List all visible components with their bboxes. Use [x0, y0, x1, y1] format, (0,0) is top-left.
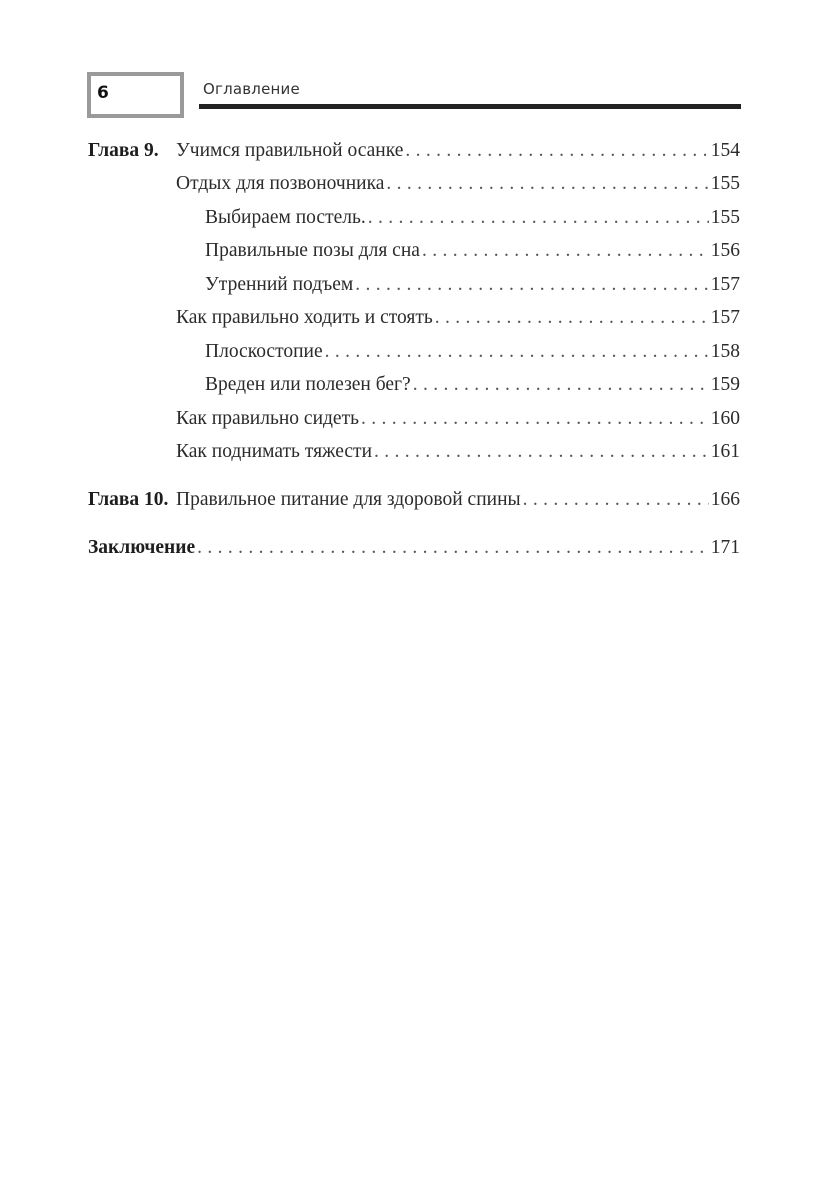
dot-leader [197, 536, 709, 560]
entry-title: Утренний подъем [205, 273, 353, 297]
entry-page: 157 [711, 273, 740, 297]
entry-title: Правильное питание для здоровой спины [176, 488, 521, 512]
entry-title: Как поднимать тяжести [176, 440, 372, 464]
entry-title: Плоскостопие [205, 340, 323, 364]
entry-title: Как правильно ходить и стоять [176, 306, 433, 330]
toc-entry[interactable]: Выбираем постель. 155 [88, 206, 740, 230]
entry-page: 171 [711, 536, 740, 560]
dot-leader [368, 206, 709, 230]
toc-entry-conclusion[interactable]: Заключение 171 [88, 536, 740, 560]
entry-title: Учимся правильной осанке [176, 139, 403, 163]
entry-page: 159 [711, 373, 740, 397]
running-head: Оглавление [203, 80, 300, 98]
entry-title: Как правильно сидеть [176, 407, 359, 431]
dot-leader [355, 273, 709, 297]
toc-entry[interactable]: Утренний подъем 157 [88, 273, 740, 297]
dot-leader [405, 139, 708, 163]
dot-leader [361, 407, 709, 431]
entry-title: Отдых для позвоночника [176, 172, 384, 196]
entry-page: 155 [711, 172, 740, 196]
entry-title: Заключение [88, 536, 195, 560]
toc-entry[interactable]: Как правильно ходить и стоять 157 [88, 306, 740, 330]
page-number-box: 6 [87, 72, 184, 118]
entry-title: Правильные позы для сна [205, 239, 420, 263]
chapter-label: Глава 10. [88, 488, 176, 512]
dot-leader [413, 373, 709, 397]
dot-leader [374, 440, 709, 464]
entry-title: Вреден или полезен бег? [205, 373, 411, 397]
toc-entry-chapter-9[interactable]: Глава 9. Учимся правильной осанке 154 [88, 139, 740, 163]
toc-entry-chapter-10[interactable]: Глава 10. Правильное питание для здорово… [88, 488, 740, 512]
toc-entry[interactable]: Правильные позы для сна 156 [88, 239, 740, 263]
dot-leader [422, 239, 709, 263]
header-rule [199, 104, 741, 109]
chapter-label: Глава 9. [88, 139, 176, 163]
toc-entry[interactable]: Как поднимать тяжести 161 [88, 440, 740, 464]
entry-page: 157 [711, 306, 740, 330]
dot-leader [523, 488, 709, 512]
entry-page: 166 [711, 488, 740, 512]
toc-entry[interactable]: Плоскостопие 158 [88, 340, 740, 364]
toc-entry[interactable]: Отдых для позвоночника 155 [88, 172, 740, 196]
toc-entry[interactable]: Как правильно сидеть 160 [88, 407, 740, 431]
entry-page: 160 [711, 407, 740, 431]
page-number: 6 [97, 83, 109, 103]
dot-leader [386, 172, 708, 196]
entry-page: 156 [711, 239, 740, 263]
dot-leader [325, 340, 709, 364]
entry-page: 158 [711, 340, 740, 364]
entry-title: Выбираем постель. [205, 206, 366, 230]
toc-entry[interactable]: Вреден или полезен бег? 159 [88, 373, 740, 397]
entry-page: 155 [711, 206, 740, 230]
dot-leader [435, 306, 709, 330]
entry-page: 154 [711, 139, 740, 163]
entry-page: 161 [711, 440, 740, 464]
